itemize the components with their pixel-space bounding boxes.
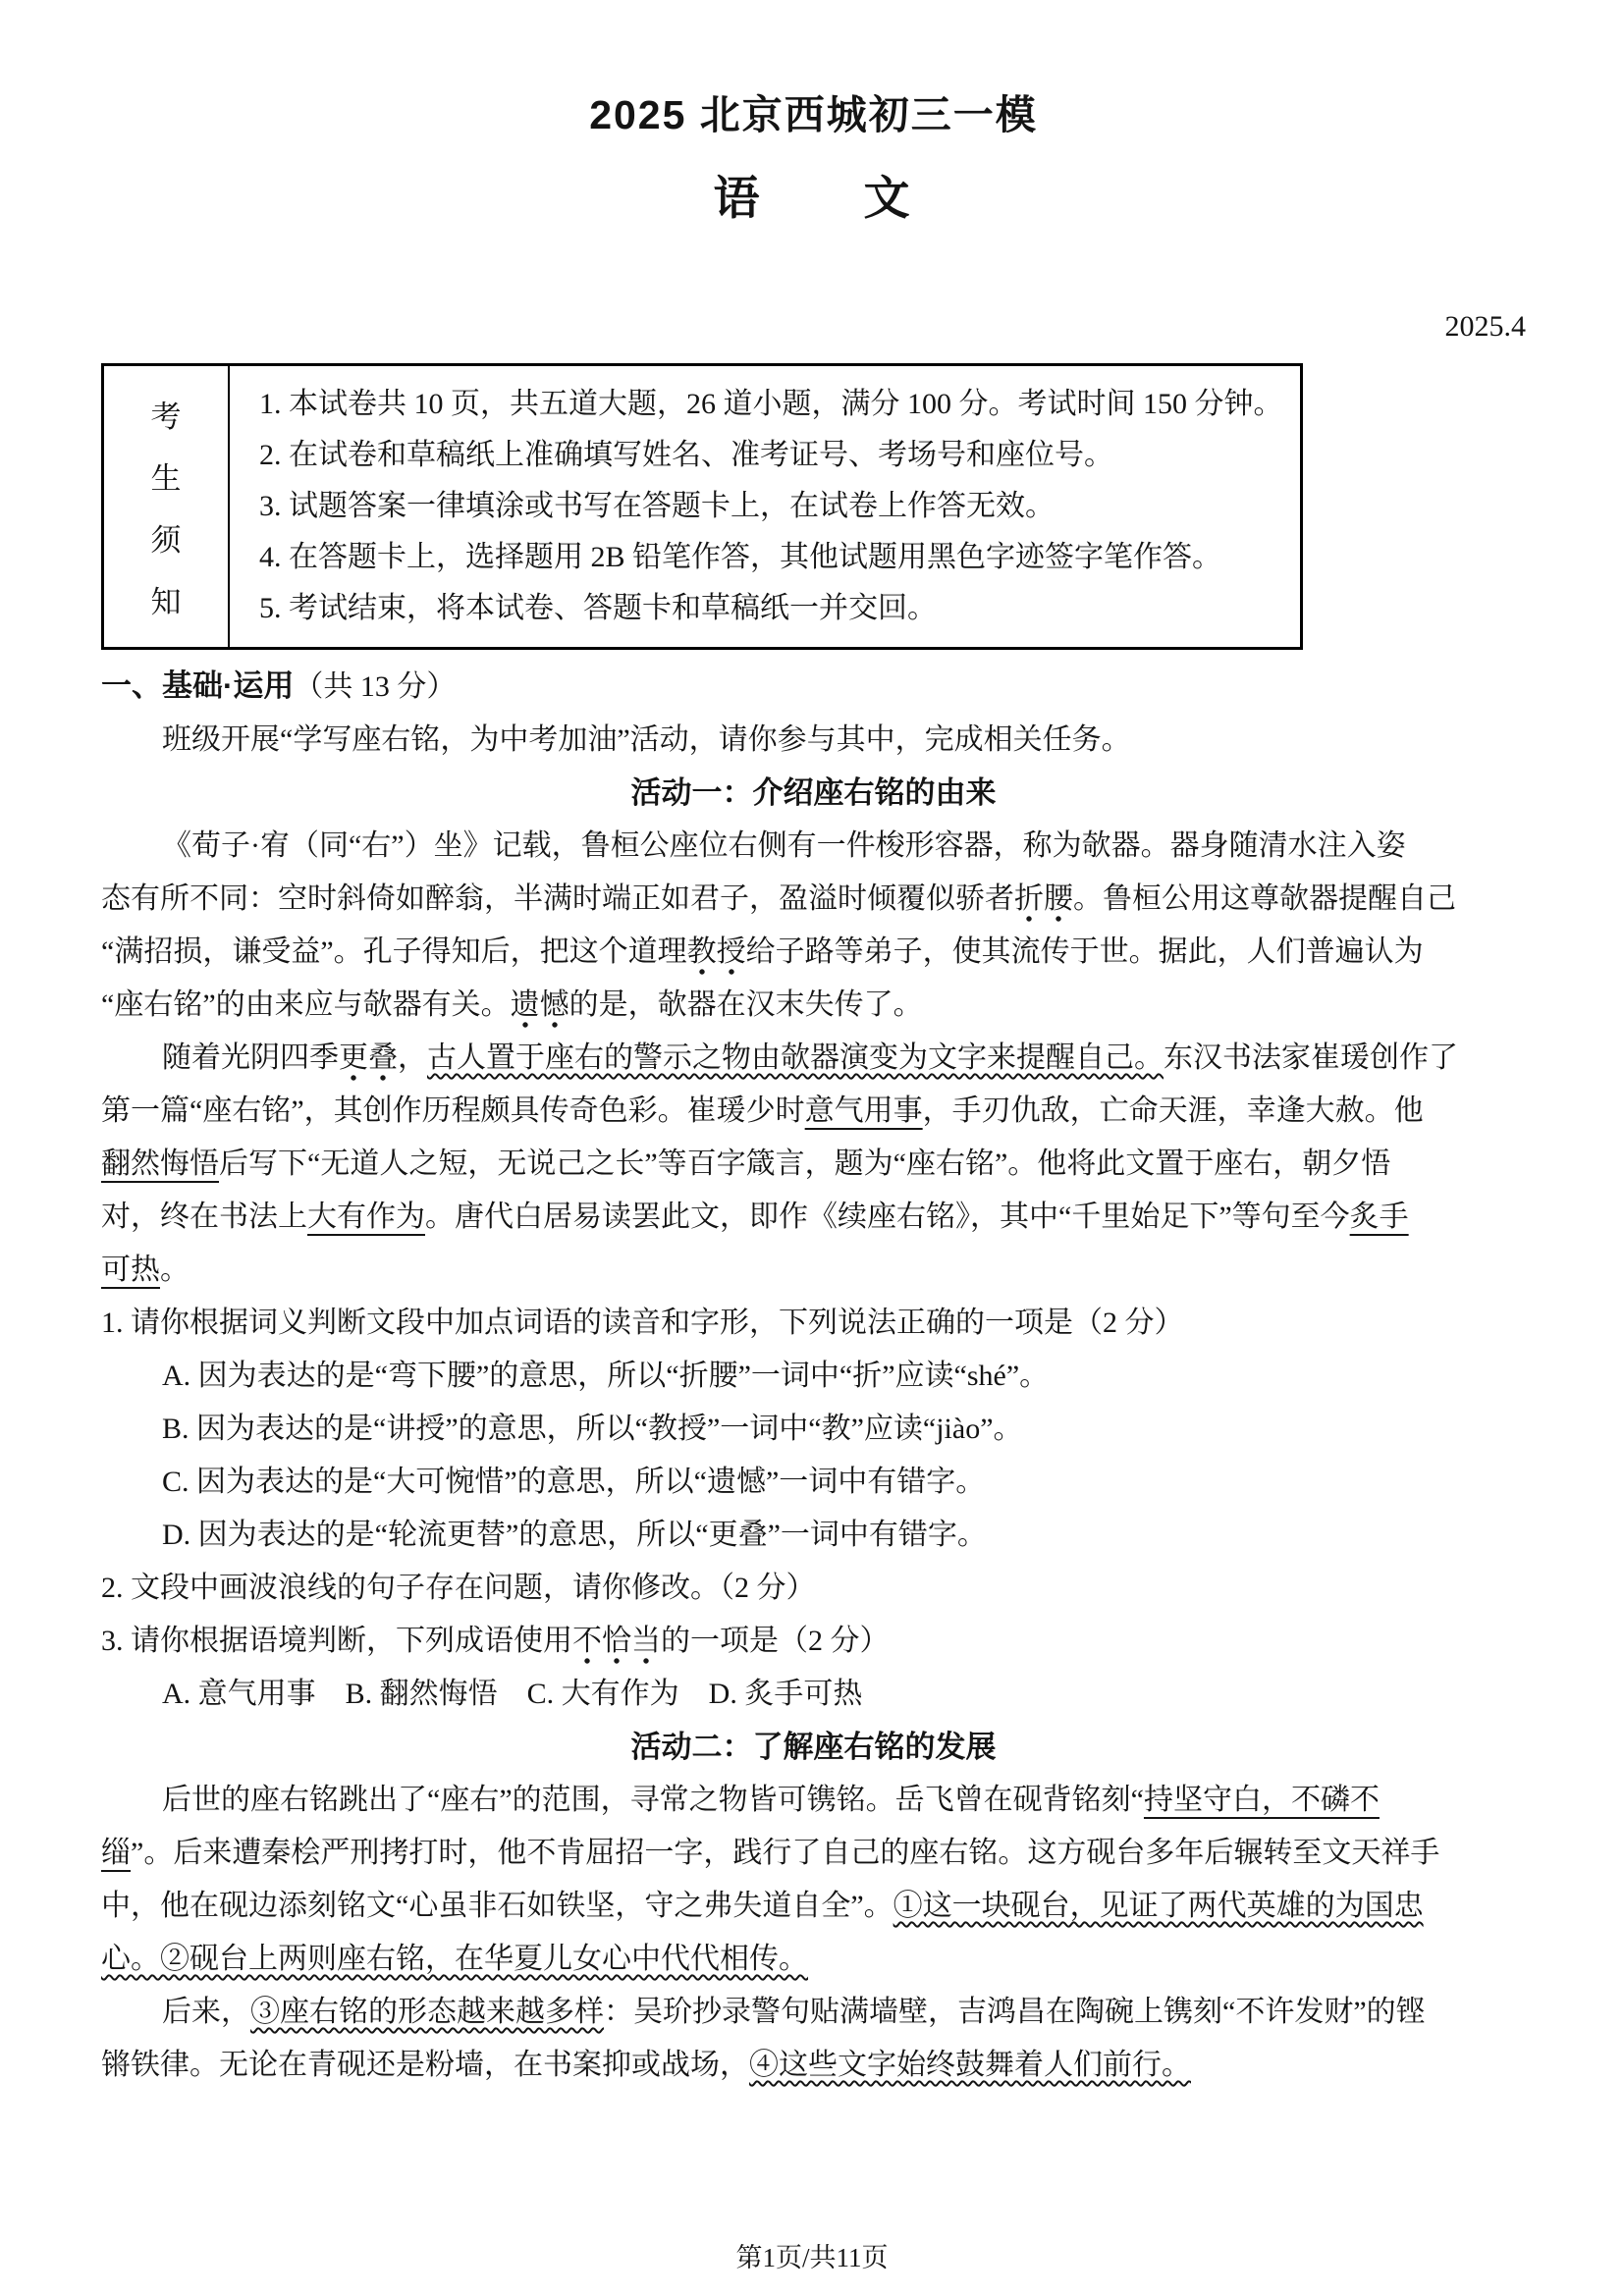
passage-line: “座右铭”的由来应与欹器有关。遗憾的是，欹器在汉末失传了。 (101, 979, 1526, 1032)
notice-side-char: 生 (151, 454, 182, 498)
text-run: 教授 (687, 935, 746, 976)
passage-line: 锵铁律。无论在青砚还是粉墙，在书案抑或战场，④这些文字始终鼓舞着人们前行。 (101, 2039, 1526, 2092)
passage-line: “满招损，谦受益”。孔子得知后，把这个道理教授给子路等弟子，使其流传于世。据此，… (101, 926, 1526, 979)
text-run: ①这一块砚台，见证了两代英雄的为国忠 (893, 1890, 1424, 1922)
notice-item: 5. 考试结束，将本试卷、答题卡和草稿纸一并交回。 (259, 583, 1292, 634)
text-run: 可热 (101, 1254, 160, 1286)
notice-item: 1. 本试卷共 10 页，共五道大题，26 道小题，满分 100 分。考试时间 … (259, 379, 1292, 430)
text-run: 中，他在砚边添刻铭文“心虽非石如铁坚，守之弗失道自全”。 (101, 1890, 893, 1922)
text-run: “座右铭”的由来应与欹器有关。 (101, 988, 511, 1021)
notice-item: 4. 在答题卡上，选择题用 2B 铅笔作答，其他试题用黑色字迹签字笔作答。 (259, 532, 1292, 583)
notice-side-char: 须 (151, 515, 182, 560)
text-run: 。唐代白居易读罢此文，即作《续座右铭》，其中“千里始足下”等句至今 (425, 1201, 1350, 1233)
section-heading-title: 一、基础·运用 (101, 668, 294, 703)
text-run: 随着光阴四季 (162, 1041, 339, 1074)
text-run: 。 (160, 1254, 189, 1286)
passage-line: 对，终在书法上大有作为。唐代白居易读罢此文，即作《续座右铭》，其中“千里始足下”… (101, 1191, 1526, 1244)
text-run: ：吴玠抄录警句贴满墙壁，吉鸿昌在陶碗上镌刻“不许发财”的铿 (604, 1996, 1426, 2028)
text-run: 遗憾 (511, 988, 569, 1029)
exam-date: 2025.4 (101, 310, 1526, 344)
text-run: 对，终在书法上 (101, 1201, 307, 1233)
passage-line: 态有所不同：空时斜倚如醉翁，半满时端正如君子，盈溢时倾覆似骄者折腰。鲁桓公用这尊… (101, 873, 1526, 926)
text-run: 给子路等弟子，使其流传于世。据此，人们普遍认为 (746, 935, 1424, 968)
text-run: 第一篇“座右铭”，其创作历程颇具传奇色彩。崔瑗少时 (101, 1095, 805, 1127)
passage-line: 《荀子·宥（同“右”）坐》记载，鲁桓公座位右侧有一件梭形容器，称为欹器。器身随清… (101, 820, 1526, 873)
question-2: 2. 文段中画波浪线的句子存在问题，请你修改。（2 分） (101, 1562, 1526, 1615)
notice-item: 3. 试题答案一律填涂或书写在答题卡上，在试卷上作答无效。 (259, 481, 1292, 532)
question-1-option-b: B. 因为表达的是“讲授”的意思，所以“教授”一词中“教”应读“jiào”。 (101, 1403, 1526, 1456)
passage-line: 随着光阴四季更叠，古人置于座右的警示之物由欹器演变为文字来提醒自己。东汉书法家崔… (101, 1032, 1526, 1085)
text-run: 后写下“无道人之短，无说己之长”等百字箴言，题为“座右铭”。他将此文置于座右，朝… (219, 1148, 1390, 1180)
text-run: 不恰当 (572, 1625, 661, 1665)
question-1-option-d: D. 因为表达的是“轮流更替”的意思，所以“更叠”一词中有错字。 (101, 1509, 1526, 1562)
text-run: 后世的座右铭跳出了“座右”的范围，寻常之物皆可镌铭。岳飞曾在砚背铭刻“ (162, 1784, 1144, 1816)
exam-paper-page: 2025 北京西城初三一模 语 文 2025.4 考 生 须 知 1. 本试卷共… (0, 0, 1624, 2296)
text-run: ，手刃仇敌，亡命天涯，幸逢大赦。他 (923, 1095, 1424, 1127)
question-1: 1. 请你根据词义判断文段中加点词语的读音和字形，下列说法正确的一项是（2 分） (101, 1297, 1526, 1350)
passage-line: 后来，③座右铭的形态越来越多样：吴玠抄录警句贴满墙壁，吉鸿昌在陶碗上镌刻“不许发… (101, 1986, 1526, 2039)
text-run: 态有所不同：空时斜倚如醉翁，半满时端正如君子，盈溢时倾覆似骄者 (101, 882, 1014, 915)
text-run: 更叠 (339, 1041, 398, 1082)
page-number: 第1页/共11页 (0, 2236, 1624, 2274)
text-run: 古人置于座右的警示之物由欹器演变为文字来提醒自己。 (427, 1041, 1164, 1074)
text-run: “满招损，谦受益”。孔子得知后，把这个道理 (101, 935, 687, 968)
passage-line: 心。②砚台上两则座右铭，在华夏儿女心中代代相传。 (101, 1933, 1526, 1986)
notice-item: 2. 在试卷和草稿纸上准确填写姓名、准考证号、考场号和座位号。 (259, 430, 1292, 481)
question-1-option-c: C. 因为表达的是“大可惋惜”的意思，所以“遗憾”一词中有错字。 (101, 1456, 1526, 1509)
notice-side-char: 知 (151, 577, 182, 621)
text-run: 折腰 (1014, 882, 1073, 923)
text-run: 翻然悔悟 (101, 1148, 219, 1180)
text-run: 持坚守白，不磷不 (1144, 1784, 1380, 1816)
text-run: ③座右铭的形态越来越多样 (250, 1996, 604, 2028)
text-run: 东汉书法家崔瑗创作了 (1164, 1041, 1458, 1074)
passage-line: 第一篇“座右铭”，其创作历程颇具传奇色彩。崔瑗少时意气用事，手刃仇敌，亡命天涯，… (101, 1085, 1526, 1138)
text-run: 的是，欹器在汉末失传了。 (569, 988, 923, 1021)
text-run: 大有作为 (307, 1201, 425, 1233)
passage-line: 后世的座右铭跳出了“座右”的范围，寻常之物皆可镌铭。岳飞曾在砚背铭刻“持坚守白，… (101, 1774, 1526, 1827)
text-run: 《荀子·宥（同“右”）坐》记载，鲁桓公座位右侧有一件梭形容器，称为欹器。器身随清… (162, 829, 1406, 862)
section-one: 一、基础·运用（共 13 分） 班级开展“学写座右铭，为中考加油”活动，请你参与… (101, 660, 1526, 2092)
text-run: 炙手 (1350, 1201, 1409, 1233)
text-run: ”。后来遭秦桧严刑拷打时，他不肯屈招一字，践行了自己的座右铭。这方砚台多年后辗转… (131, 1837, 1439, 1869)
text-run: ， (398, 1041, 427, 1074)
activity2-title: 活动二：了解座右铭的发展 (101, 1721, 1526, 1774)
candidate-notice-box: 考 生 须 知 1. 本试卷共 10 页，共五道大题，26 道小题，满分 100… (101, 363, 1303, 650)
page-main: 2025 北京西城初三一模 语 文 2025.4 考 生 须 知 1. 本试卷共… (0, 0, 1624, 2092)
section-intro: 班级开展“学写座右铭，为中考加油”活动，请你参与其中，完成相关任务。 (101, 714, 1526, 767)
text-run: 缁 (101, 1837, 131, 1869)
text-run: 心。②砚台上两则座右铭，在华夏儿女心中代代相传。 (101, 1943, 808, 1975)
text-run: 锵铁律。无论在青砚还是粉墙，在书案抑或战场， (101, 2049, 749, 2081)
text-run: 的一项是（2 分） (661, 1625, 890, 1657)
exam-title: 2025 北京西城初三一模 (101, 82, 1526, 140)
text-run: 后来， (162, 1996, 250, 2028)
passage-line: 可热。 (101, 1244, 1526, 1297)
passage-line: 翻然悔悟后写下“无道人之短，无说己之长”等百字箴言，题为“座右铭”。他将此文置于… (101, 1138, 1526, 1191)
section-heading: 一、基础·运用（共 13 分） (101, 660, 1526, 714)
activity1-title: 活动一：介绍座右铭的由来 (101, 767, 1526, 820)
passage-line: 中，他在砚边添刻铭文“心虽非石如铁坚，守之弗失道自全”。①这一块砚台，见证了两代… (101, 1880, 1526, 1933)
text-run: 3. 请你根据语境判断，下列成语使用 (101, 1625, 572, 1657)
notice-side-label: 考 生 须 知 (104, 366, 230, 647)
question-3-options: A. 意气用事 B. 翻然悔悟 C. 大有作为 D. 炙手可热 (101, 1668, 1526, 1721)
notice-items: 1. 本试卷共 10 页，共五道大题，26 道小题，满分 100 分。考试时间 … (230, 366, 1300, 647)
passage-line: 缁”。后来遭秦桧严刑拷打时，他不肯屈招一字，践行了自己的座右铭。这方砚台多年后辗… (101, 1827, 1526, 1880)
question-1-option-a: A. 因为表达的是“弯下腰”的意思，所以“折腰”一词中“折”应读“shé”。 (101, 1350, 1526, 1403)
text-run: 。鲁桓公用这尊欹器提醒自己 (1073, 882, 1456, 915)
section-heading-score: （共 13 分） (294, 670, 456, 703)
subject-title: 语 文 (101, 162, 1526, 228)
text-run: ④这些文字始终鼓舞着人们前行。 (749, 2049, 1191, 2081)
question-3: 3. 请你根据语境判断，下列成语使用不恰当的一项是（2 分） (101, 1615, 1526, 1668)
notice-side-char: 考 (151, 392, 182, 436)
text-run: 意气用事 (805, 1095, 923, 1127)
